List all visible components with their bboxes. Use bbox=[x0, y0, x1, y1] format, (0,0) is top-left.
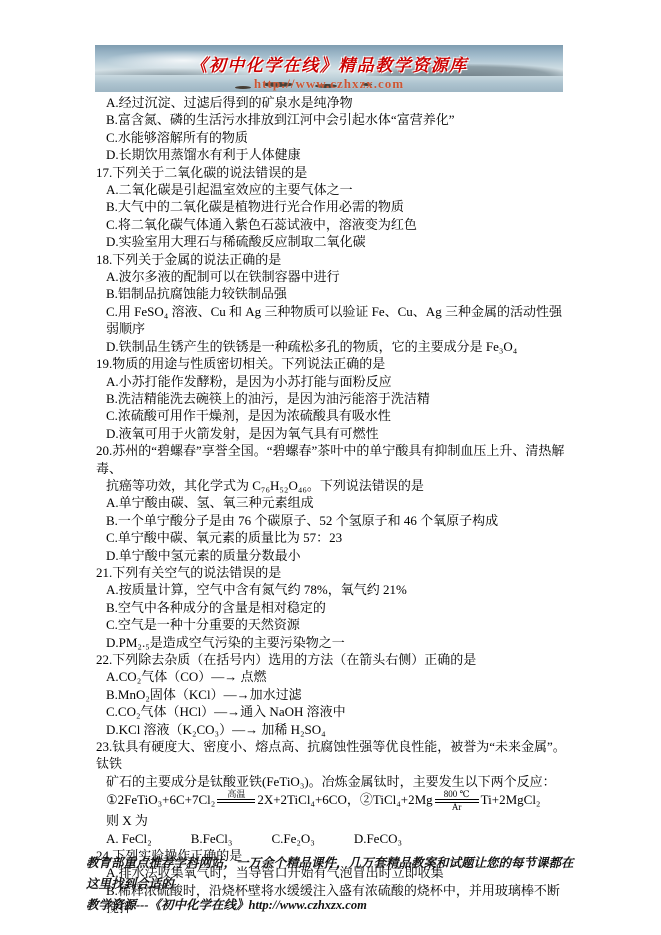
option-line: D.长期饮用蒸馏水有利于人体健康 bbox=[106, 146, 571, 163]
option-line: B.空气中各种成分的含量是相对稳定的 bbox=[106, 599, 571, 616]
option-line: A.CO₂气体（CO）—→ 点燃 bbox=[106, 668, 571, 685]
option-line: D.液氧可用于火箭发射，是因为氧气具有可燃性 bbox=[106, 425, 571, 442]
exam-page: 《初中化学在线》精品教学资源库 http://www.czhxzx.com A.… bbox=[0, 0, 661, 935]
option-line: D.PM₂.₅是造成空气污染的主要污染物之一 bbox=[106, 634, 571, 651]
option-line: A.小苏打能作发酵粉，是因为小苏打能与面粉反应 bbox=[106, 373, 571, 390]
option-line: B.铝制品抗腐蚀能力较铁制品强 bbox=[106, 285, 571, 302]
option-line: A.单宁酸由碳、氢、氧三种元素组成 bbox=[106, 494, 571, 511]
banner-url-link[interactable]: http://www.czhxzx.com bbox=[95, 76, 563, 92]
reaction-condition: 高温 bbox=[217, 790, 255, 812]
option-line: A. FeCl₂ B.FeCl₃ C.Fe₂O₃ D.FeCO₃ bbox=[106, 830, 571, 847]
option-line: C.CO₂气体（HCl）—→通入 NaOH 溶液中 bbox=[106, 703, 571, 720]
option-line: B.一个单宁酸分子是由 76 个碳原子、52 个氢原子和 46 个氧原子构成 bbox=[106, 512, 571, 529]
stem-continuation: 抗癌等功效，其化学式为 C₇₆H₅₂O₄₆。下列说法错误的是 bbox=[106, 477, 571, 494]
option-line: A.经过沉淀、过滤后得到的矿泉水是纯净物 bbox=[106, 94, 571, 111]
question-stem: 19.物质的用途与性质密切相关。下列说法正确的是 bbox=[96, 355, 571, 372]
option-line: B.大气中的二氧化碳是植物进行光合作用必需的物质 bbox=[106, 198, 571, 215]
exam-body: A.经过沉淀、过滤后得到的矿泉水是纯净物B.富含氮、磷的生活污水排放到江河中会引… bbox=[96, 94, 571, 917]
stem-continuation: 则 X 为 bbox=[106, 812, 571, 829]
banner-title: 《初中化学在线》精品教学资源库 bbox=[95, 51, 563, 76]
question-stem: 21.下列有关空气的说法错误的是 bbox=[96, 564, 571, 581]
option-line: D.单宁酸中氢元素的质量分数最小 bbox=[106, 547, 571, 564]
site-banner: 《初中化学在线》精品教学资源库 http://www.czhxzx.com bbox=[95, 45, 563, 92]
footer-line-2: 教学资源---《初中化学在线》http://www.czhxzx.com bbox=[86, 895, 582, 916]
footer-line-1: 教育部重点推荐学科网站，一万余个精品课件，几万套精品教案和试题让您的每节课都在这… bbox=[86, 853, 582, 895]
option-line: B.洗洁精能洗去碗筷上的油污，是因为油污能溶于洗洁精 bbox=[106, 390, 571, 407]
option-line: B.MnO₂固体（KCl）—→加水过滤 bbox=[106, 686, 571, 703]
option-line: A.按质量计算，空气中含有氮气约 78%，氧气约 21% bbox=[106, 581, 571, 598]
option-line: C.水能够溶解所有的物质 bbox=[106, 129, 571, 146]
option-line: C.用 FeSO₄ 溶液、Cu 和 Ag 三种物质可以验证 Fe、Cu、Ag 三… bbox=[106, 303, 571, 338]
equation-line: ①2FeTiO₃+6C+7Cl₂高温 2X+2TiCl₄+6CO，②TiCl₄+… bbox=[106, 790, 571, 812]
stem-continuation: 矿石的主要成分是钛酸亚铁(FeTiO₃)。冶炼金属钛时，主要发生以下两个反应： bbox=[106, 773, 571, 790]
option-line: A.二氧化碳是引起温室效应的主要气体之一 bbox=[106, 181, 571, 198]
option-line: D.实验室用大理石与稀硫酸反应制取二氧化碳 bbox=[106, 233, 571, 250]
reaction-condition: 800 ℃Ar bbox=[435, 790, 479, 812]
question-stem: 17.下列关于二氧化碳的说法错误的是 bbox=[96, 164, 571, 181]
question-stem: 22.下列除去杂质（在括号内）选用的方法（在箭头右侧）正确的是 bbox=[96, 651, 571, 668]
option-line: C.将二氧化碳气体通入紫色石蕊试液中，溶液变为红色 bbox=[106, 216, 571, 233]
footer-promo: 教育部重点推荐学科网站，一万余个精品课件，几万套精品教案和试题让您的每节课都在这… bbox=[86, 853, 582, 916]
question-stem: 23.钛具有硬度大、密度小、熔点高、抗腐蚀性强等优良性能，被誉为“未来金属”。钛… bbox=[96, 738, 571, 773]
option-line: D.铁制品生锈产生的铁锈是一种疏松多孔的物质，它的主要成分是 Fe₃O₄ bbox=[106, 338, 571, 355]
option-line: D.KCl 溶液（K₂CO₃）—→ 加稀 H₂SO₄ bbox=[106, 721, 571, 738]
option-line: C.单宁酸中碳、氧元素的质量比为 57：23 bbox=[106, 529, 571, 546]
option-line: B.富含氮、磷的生活污水排放到江河中会引起水体“富营养化” bbox=[106, 111, 571, 128]
option-line: C.浓硫酸可用作干燥剂，是因为浓硫酸具有吸水性 bbox=[106, 407, 571, 424]
question-stem: 20.苏州的“碧螺春”享誉全国。“碧螺春”茶叶中的单宁酸具有抑制血压上升、清热解… bbox=[96, 442, 571, 477]
question-stem: 18.下列关于金属的说法正确的是 bbox=[96, 251, 571, 268]
option-line: C.空气是一种十分重要的天然资源 bbox=[106, 616, 571, 633]
option-line: A.波尔多液的配制可以在铁制容器中进行 bbox=[106, 268, 571, 285]
